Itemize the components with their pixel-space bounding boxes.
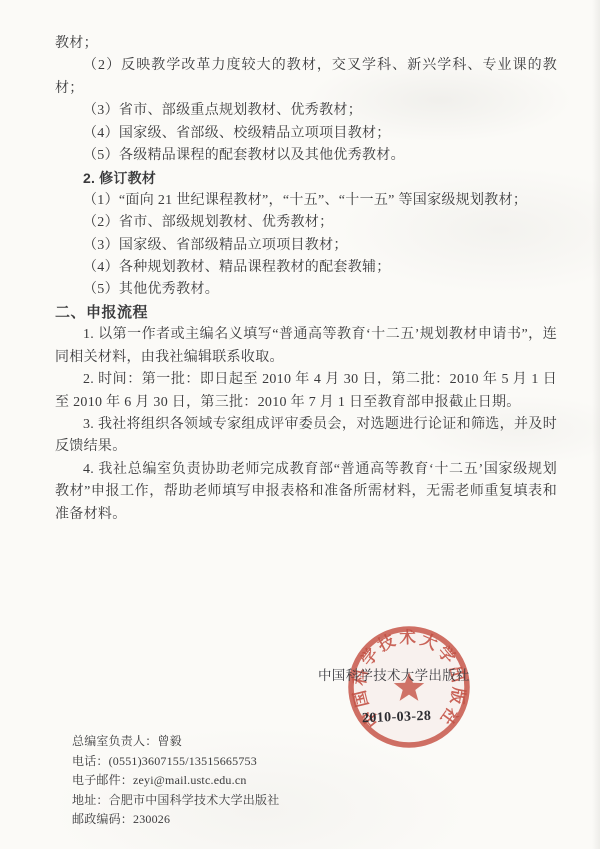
list-item-new-4: （4）国家级、省部级、校级精品立项项目教材； [55,123,557,145]
list-item-new-2: （2）反映教学改革力度较大的教材，交叉学科、新兴学科、专业课的教材； [55,55,557,100]
list-item-rev-1: （1）“面向 21 世纪课程教材”，“十五”、“十一五” 等国家级规划教材； [55,190,557,212]
list-item-rev-2: （2）省市、部级规划教材、优秀教材； [55,212,557,234]
list-item-rev-3: （3）国家级、省部级精品立项项目教材； [55,235,557,257]
revised-textbook-heading: 2. 修订教材 [55,167,557,189]
list-item-rev-4: （4）各种规划教材、精品课程教材的配套教辅； [55,257,557,279]
publisher-name-text: 中国科学技术大学出版社 [318,664,470,684]
list-item-new-3: （3）省市、部级重点规划教材、优秀教材； [55,100,557,122]
official-seal-stamp: 中国科学技术大学出版社 [342,625,476,749]
list-item-new-5: （5）各级精品课程的配套教材以及其他优秀教材。 [55,145,557,167]
address-line: 地址：合肥市中国科学技术大学出版社 [72,791,279,811]
section-heading-application-process: 二、申报流程 [55,302,557,324]
stamp-date: 2010-03-28 [362,709,432,727]
paragraph-step-4: 4. 我社总编室负责协助老师完成教育部“普通高等教育‘十二五’国家级规划教材”申… [55,459,557,526]
paragraph-step-2: 2. 时间：第一批：即日起至 2010 年 4 月 30 日，第二批：2010 … [55,369,557,414]
paragraph-step-1: 1. 以第一作者或主编名义填写“普通高等教育‘十二五’规划教材申请书”，连同相关… [55,324,557,369]
document-body: 教材； （2）反映教学改革力度较大的教材，交叉学科、新兴学科、专业课的教材； （… [55,33,557,526]
postcode-line: 邮政编码：230026 [72,810,279,830]
carryover-line: 教材； [55,33,557,55]
chief-editor-line: 总编室负责人：曾毅 [72,732,279,752]
email-line: 电子邮件：zeyi@mail.ustc.edu.cn [72,771,279,791]
contact-info-block: 总编室负责人：曾毅 电话：(0551)3607155/13515665753 电… [72,732,279,830]
list-item-rev-5: （5）其他优秀教材。 [55,279,557,301]
phone-line: 电话：(0551)3607155/13515665753 [72,752,279,772]
scanned-document-page: 教材； （2）反映教学改革力度较大的教材，交叉学科、新兴学科、专业课的教材； （… [0,0,600,849]
paragraph-step-3: 3. 我社将组织各领域专家组成评审委员会，对选题进行论证和筛选，并及时反馈结果。 [55,414,557,459]
